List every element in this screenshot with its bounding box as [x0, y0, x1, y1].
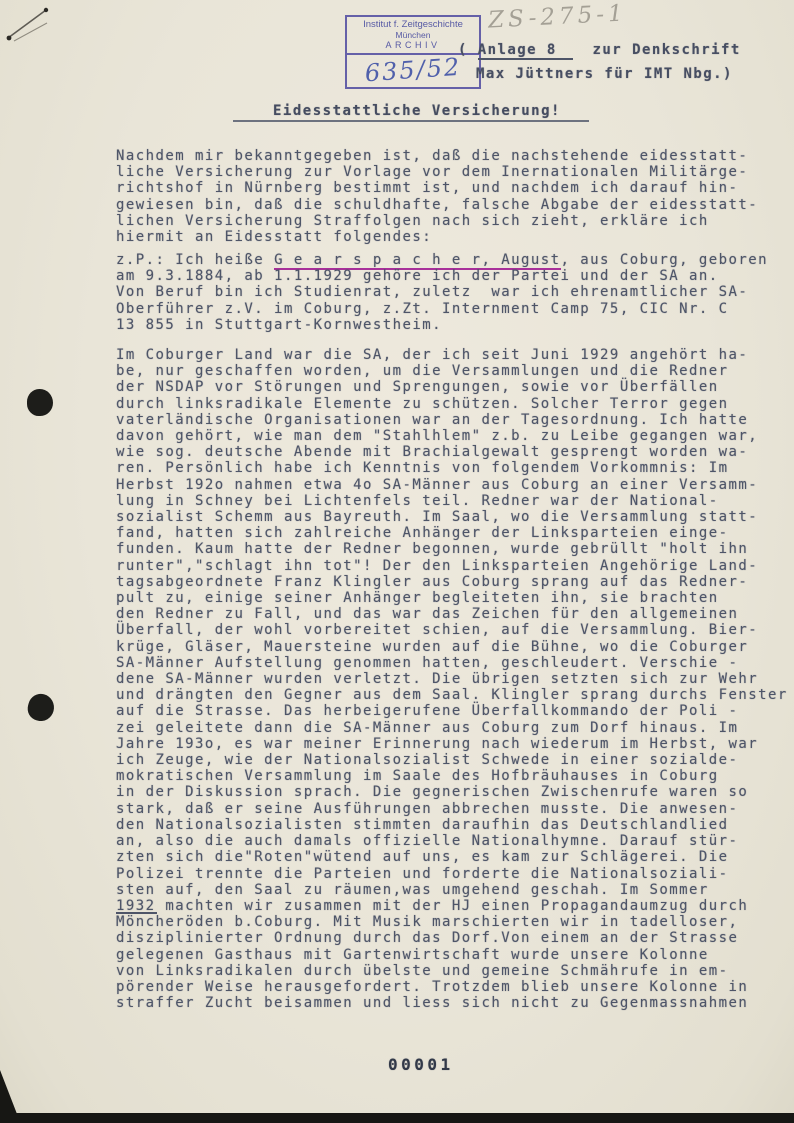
torn-corner-shadow: [0, 1070, 17, 1114]
scanned-document-page: Institut f. Zeitgeschichte München ARCHI…: [0, 0, 794, 1123]
main-body-paragraph: Im Coburger Land war die SA, der ich sei…: [116, 347, 788, 1011]
personal-suffix: , aus Coburg, geboren: [561, 252, 768, 268]
scan-bed-edge: [0, 1113, 794, 1123]
fold-crease-mark: [0, 0, 140, 60]
title-underline: [233, 120, 589, 122]
page-number-stamp: 00001: [388, 1057, 454, 1073]
document-title: Eidesstattliche Versicherung!: [273, 103, 561, 119]
annotation-open-paren: (: [458, 42, 478, 58]
annotation-rest: zur Denkschrift: [573, 42, 741, 58]
personal-statement-paragraph: z.P.: Ich heiße G e a r s p a c h e r, A…: [116, 252, 768, 333]
annotation-anlage-underlined: Anlage 8: [478, 42, 573, 60]
annotation-line-2: Max Jüttners für IMT Nbg.): [476, 66, 733, 82]
handwritten-archive-code: ZS-275-1: [487, 0, 627, 33]
personal-prefix: z.P.: Ich heiße: [116, 252, 274, 268]
stamp-institute-line: Institut f. Zeitgeschichte: [347, 19, 479, 30]
hole-punch-mark: [25, 691, 57, 724]
annotation-line-1: ( Anlage 8 zur Denkschrift: [458, 42, 741, 58]
intro-paragraph: Nachdem mir bekanntgegeben ist, daß die …: [116, 148, 758, 245]
underline-1932: [116, 912, 157, 914]
hole-punch-mark: [27, 389, 53, 416]
stamp-city-line: München: [347, 30, 479, 40]
personal-rest: am 9.3.1884, ab 1.1.1929 gehöre ich der …: [116, 268, 748, 333]
